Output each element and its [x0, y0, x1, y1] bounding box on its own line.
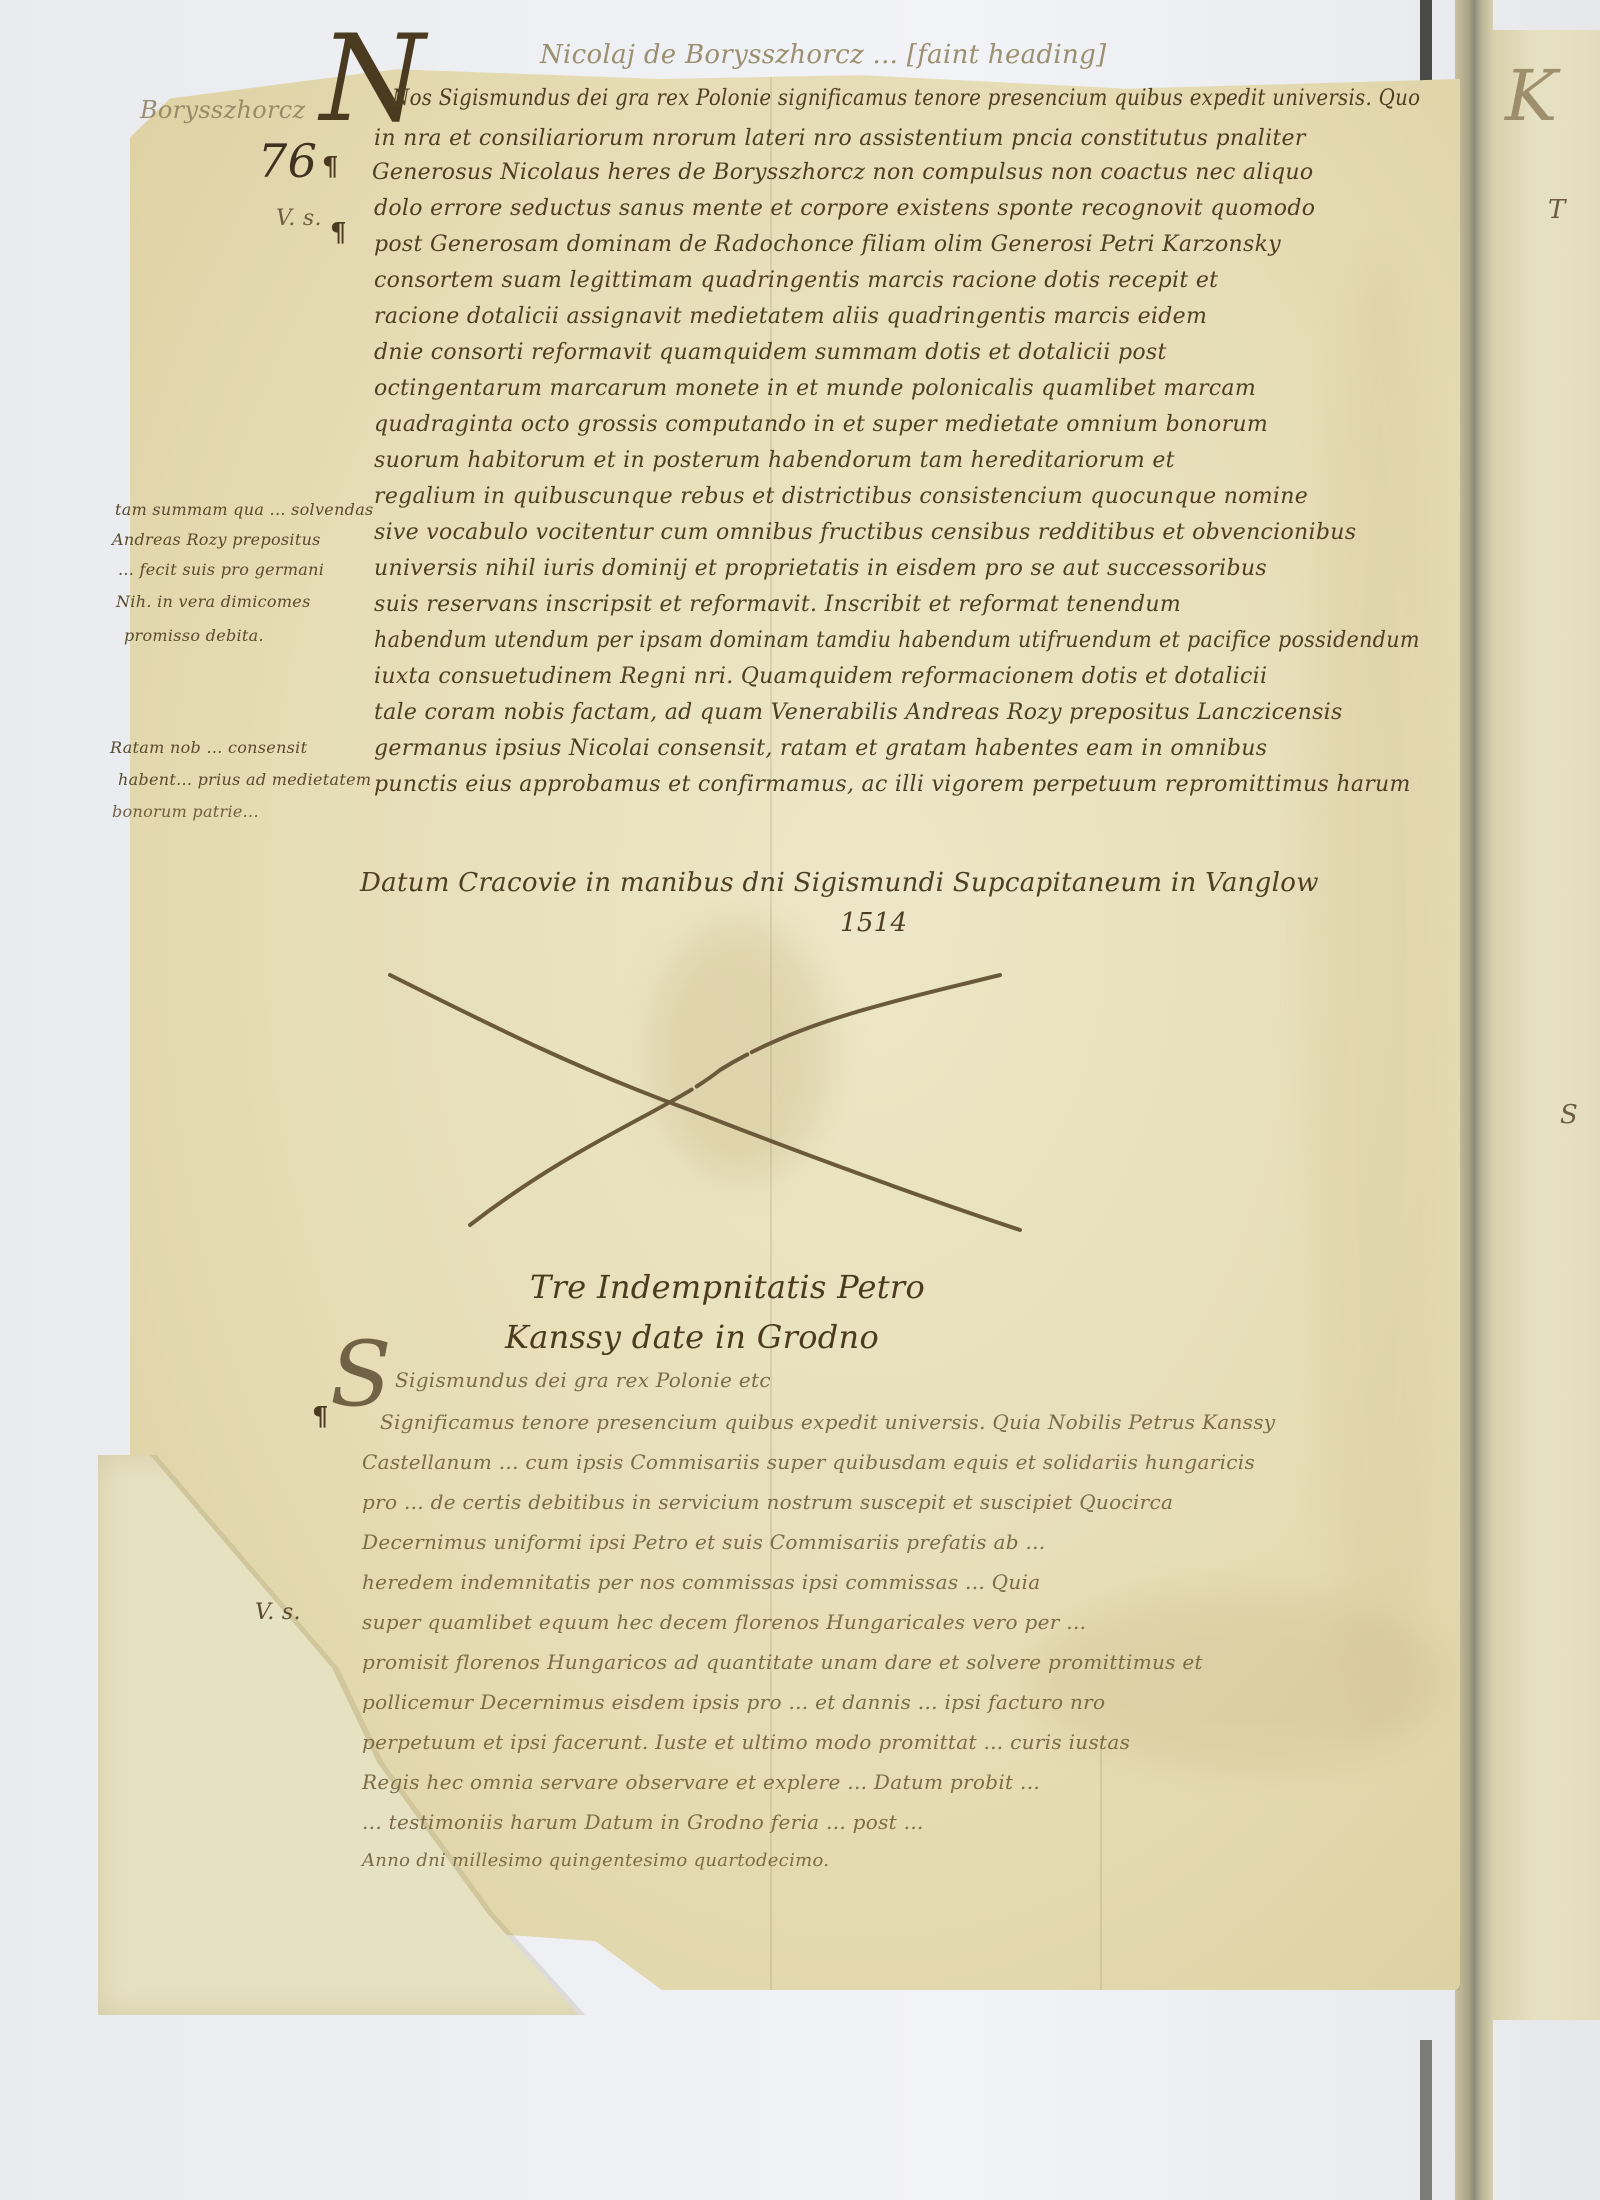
- text-line: iuxta consuetudinem Regni nri. Quamquide…: [374, 664, 1267, 689]
- text-line: regalium in quibuscunque rebus et distri…: [374, 484, 1308, 509]
- text-line: Castellanum ... cum ipsis Commisariis su…: [362, 1450, 1255, 1474]
- text-line: tale coram nobis factam, ad quam Venerab…: [374, 700, 1343, 725]
- edge-discoloration: [1310, 240, 1450, 1740]
- text-line: Anno dni millesimo quingentesimo quartod…: [362, 1850, 829, 1871]
- margin-note-line: Nih. in vera dimicomes: [116, 592, 311, 611]
- text-line: suis reservans inscripsit et reformavit.…: [374, 592, 1181, 617]
- text-line: perpetuum et ipsi facerunt. Iuste et ult…: [362, 1730, 1130, 1754]
- text-line: Generosus Nicolaus heres de Borysszhorcz…: [372, 160, 1313, 185]
- binding-gutter: [1455, 0, 1493, 2200]
- text-line: habendum utendum per ipsam dominam tamdi…: [374, 628, 1420, 653]
- margin-note-line: habent... prius ad medietatem: [118, 770, 371, 789]
- text-line: in nra et consiliariorum nrorum lateri n…: [374, 126, 1306, 151]
- text-line: pro ... de certis debitibus in servicium…: [362, 1490, 1173, 1514]
- margin-note-line: tam summam qua ... solvendas: [115, 500, 374, 519]
- text-line: punctis eius approbamus et confirmamus, …: [374, 772, 1411, 797]
- decorated-initial-s: S: [330, 1330, 392, 1420]
- text-line: heredem indemnitatis per nos commissas i…: [362, 1570, 1040, 1594]
- binding-strip-bottom: [1420, 2040, 1432, 2200]
- margin-mark: V. s.: [276, 206, 322, 231]
- margin-note-line: Andreas Rozy prepositus: [112, 530, 321, 549]
- text-line: Nos Sigismundus dei gra rex Polonie sign…: [392, 86, 1420, 111]
- text-line: super quamlibet equum hec decem florenos…: [362, 1610, 1086, 1634]
- text-line: germanus ipsius Nicolai consensit, ratam…: [374, 736, 1267, 761]
- paragraph-mark: ¶: [312, 1402, 329, 1432]
- text-line: ... testimoniis harum Datum in Grodno fe…: [362, 1810, 924, 1834]
- text-line: dnie consorti reformavit quamquidem summ…: [374, 340, 1167, 365]
- margin-note-line: Ratam nob ... consensit: [110, 738, 307, 757]
- paragraph-mark: ¶: [330, 218, 347, 248]
- text-line: post Generosam dominam de Radochonce fil…: [374, 232, 1281, 257]
- folio-number: 76: [258, 134, 317, 188]
- margin-name-note: Borysszhorcz: [140, 96, 305, 124]
- margin-note-line: ... fecit suis pro germani: [118, 560, 324, 579]
- text-line: consortem suam legittimam quadringentis …: [374, 268, 1218, 293]
- text-line: Significamus tenore presencium quibus ex…: [380, 1410, 1275, 1434]
- dating-clause: Datum Cracovie in manibus dni Sigismundi…: [360, 868, 1319, 898]
- text-line: suorum habitorum et in posterum habendor…: [374, 448, 1175, 473]
- faint-heading: Nicolaj de Borysszhorcz ... [faint headi…: [540, 40, 1106, 70]
- text-line: promisit florenos Hungaricos ad quantita…: [362, 1650, 1203, 1674]
- fold-line: [1100, 1740, 1102, 1990]
- facing-folio-paragraph-mark: T: [1548, 195, 1565, 225]
- section-heading-line-2: Kanssy date in Grodno: [505, 1318, 879, 1356]
- cancellation-cross-mark: [380, 960, 1060, 1240]
- text-line: octingentarum marcarum monete in et mund…: [374, 376, 1256, 401]
- text-line: Regis hec omnia servare observare et exp…: [362, 1770, 1040, 1794]
- text-line: Decernimus uniformi ipsi Petro et suis C…: [362, 1530, 1045, 1554]
- paragraph-mark: ¶: [322, 152, 339, 182]
- text-line: dolo errore seductus sanus mente et corp…: [374, 196, 1315, 221]
- facing-folio: [1493, 30, 1600, 2020]
- text-line: universis nihil iuris dominij et proprie…: [374, 556, 1267, 581]
- margin-mark: V. s.: [255, 1600, 301, 1625]
- text-line: pollicemur Decernimus eisdem ipsis pro .…: [362, 1690, 1105, 1714]
- decorated-initial: N: [320, 20, 425, 140]
- text-line: sive vocabulo vocitentur cum omnibus fru…: [374, 520, 1356, 545]
- text-line: racione dotalicii assignavit medietatem …: [374, 304, 1207, 329]
- section-subheading: Sigismundus dei gra rex Polonie etc: [395, 1368, 771, 1392]
- text-line: quadraginta octo grossis computando in e…: [374, 412, 1268, 437]
- margin-note-line: bonorum patrie...: [112, 802, 259, 821]
- dating-year: 1514: [840, 908, 907, 938]
- margin-note-line: promisso debita.: [124, 626, 264, 645]
- facing-folio-initial: K: [1505, 55, 1557, 137]
- section-heading-line-1: Tre Indempnitatis Petro: [530, 1268, 925, 1306]
- facing-folio-mark: S: [1560, 1100, 1578, 1130]
